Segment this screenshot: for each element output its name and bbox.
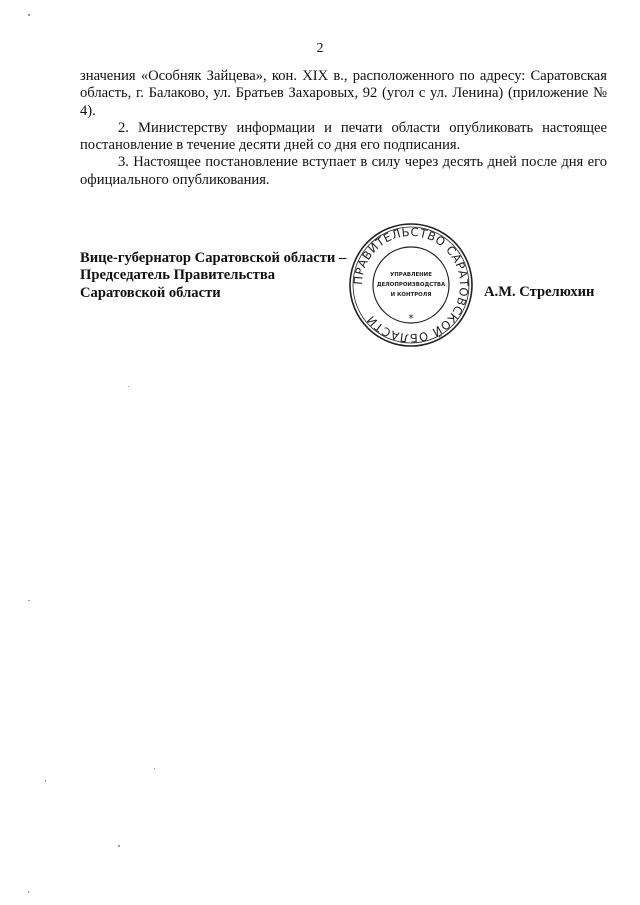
signatory-title-line: Председатель Правительства	[80, 267, 346, 284]
scan-speck	[28, 891, 29, 893]
body-text: значения «Особняк Зайцева», кон. XIX в.,…	[80, 68, 607, 189]
seal-inner-line: И КОНТРОЛЯ	[391, 292, 432, 298]
paragraph-continuation: значения «Особняк Зайцева», кон. XIX в.,…	[80, 68, 607, 120]
scan-speck	[118, 845, 120, 847]
signatory-title-line: Саратовской области	[80, 285, 346, 302]
signatory-title: Вице-губернатор Саратовской области – Пр…	[80, 250, 346, 302]
scan-speck	[28, 600, 30, 601]
scan-speck	[154, 768, 155, 769]
page-number: 2	[0, 40, 640, 57]
seal-inner-line: ДЕЛОПРОИЗВОДСТВА	[377, 282, 446, 288]
seal-star: *	[408, 312, 414, 325]
signer-name: А.М. Стрелюхин	[484, 284, 594, 301]
paragraph-item-3: 3. Настоящее постановление вступает в си…	[80, 154, 607, 189]
scan-speck	[45, 780, 46, 782]
scan-speck	[128, 386, 129, 387]
scan-speck	[28, 14, 30, 16]
paragraph-item-2: 2. Министерству информации и печати обла…	[80, 120, 607, 155]
seal-inner-line: УПРАВЛЕНИЕ	[390, 272, 432, 278]
official-seal: ПРАВИТЕЛЬСТВО САРАТОВСКОЙ ОБЛАСТИ * УПРА…	[347, 221, 475, 349]
signatory-title-line: Вице-губернатор Саратовской области –	[80, 250, 346, 267]
seal-stamp-icon: ПРАВИТЕЛЬСТВО САРАТОВСКОЙ ОБЛАСТИ * УПРА…	[347, 221, 475, 349]
